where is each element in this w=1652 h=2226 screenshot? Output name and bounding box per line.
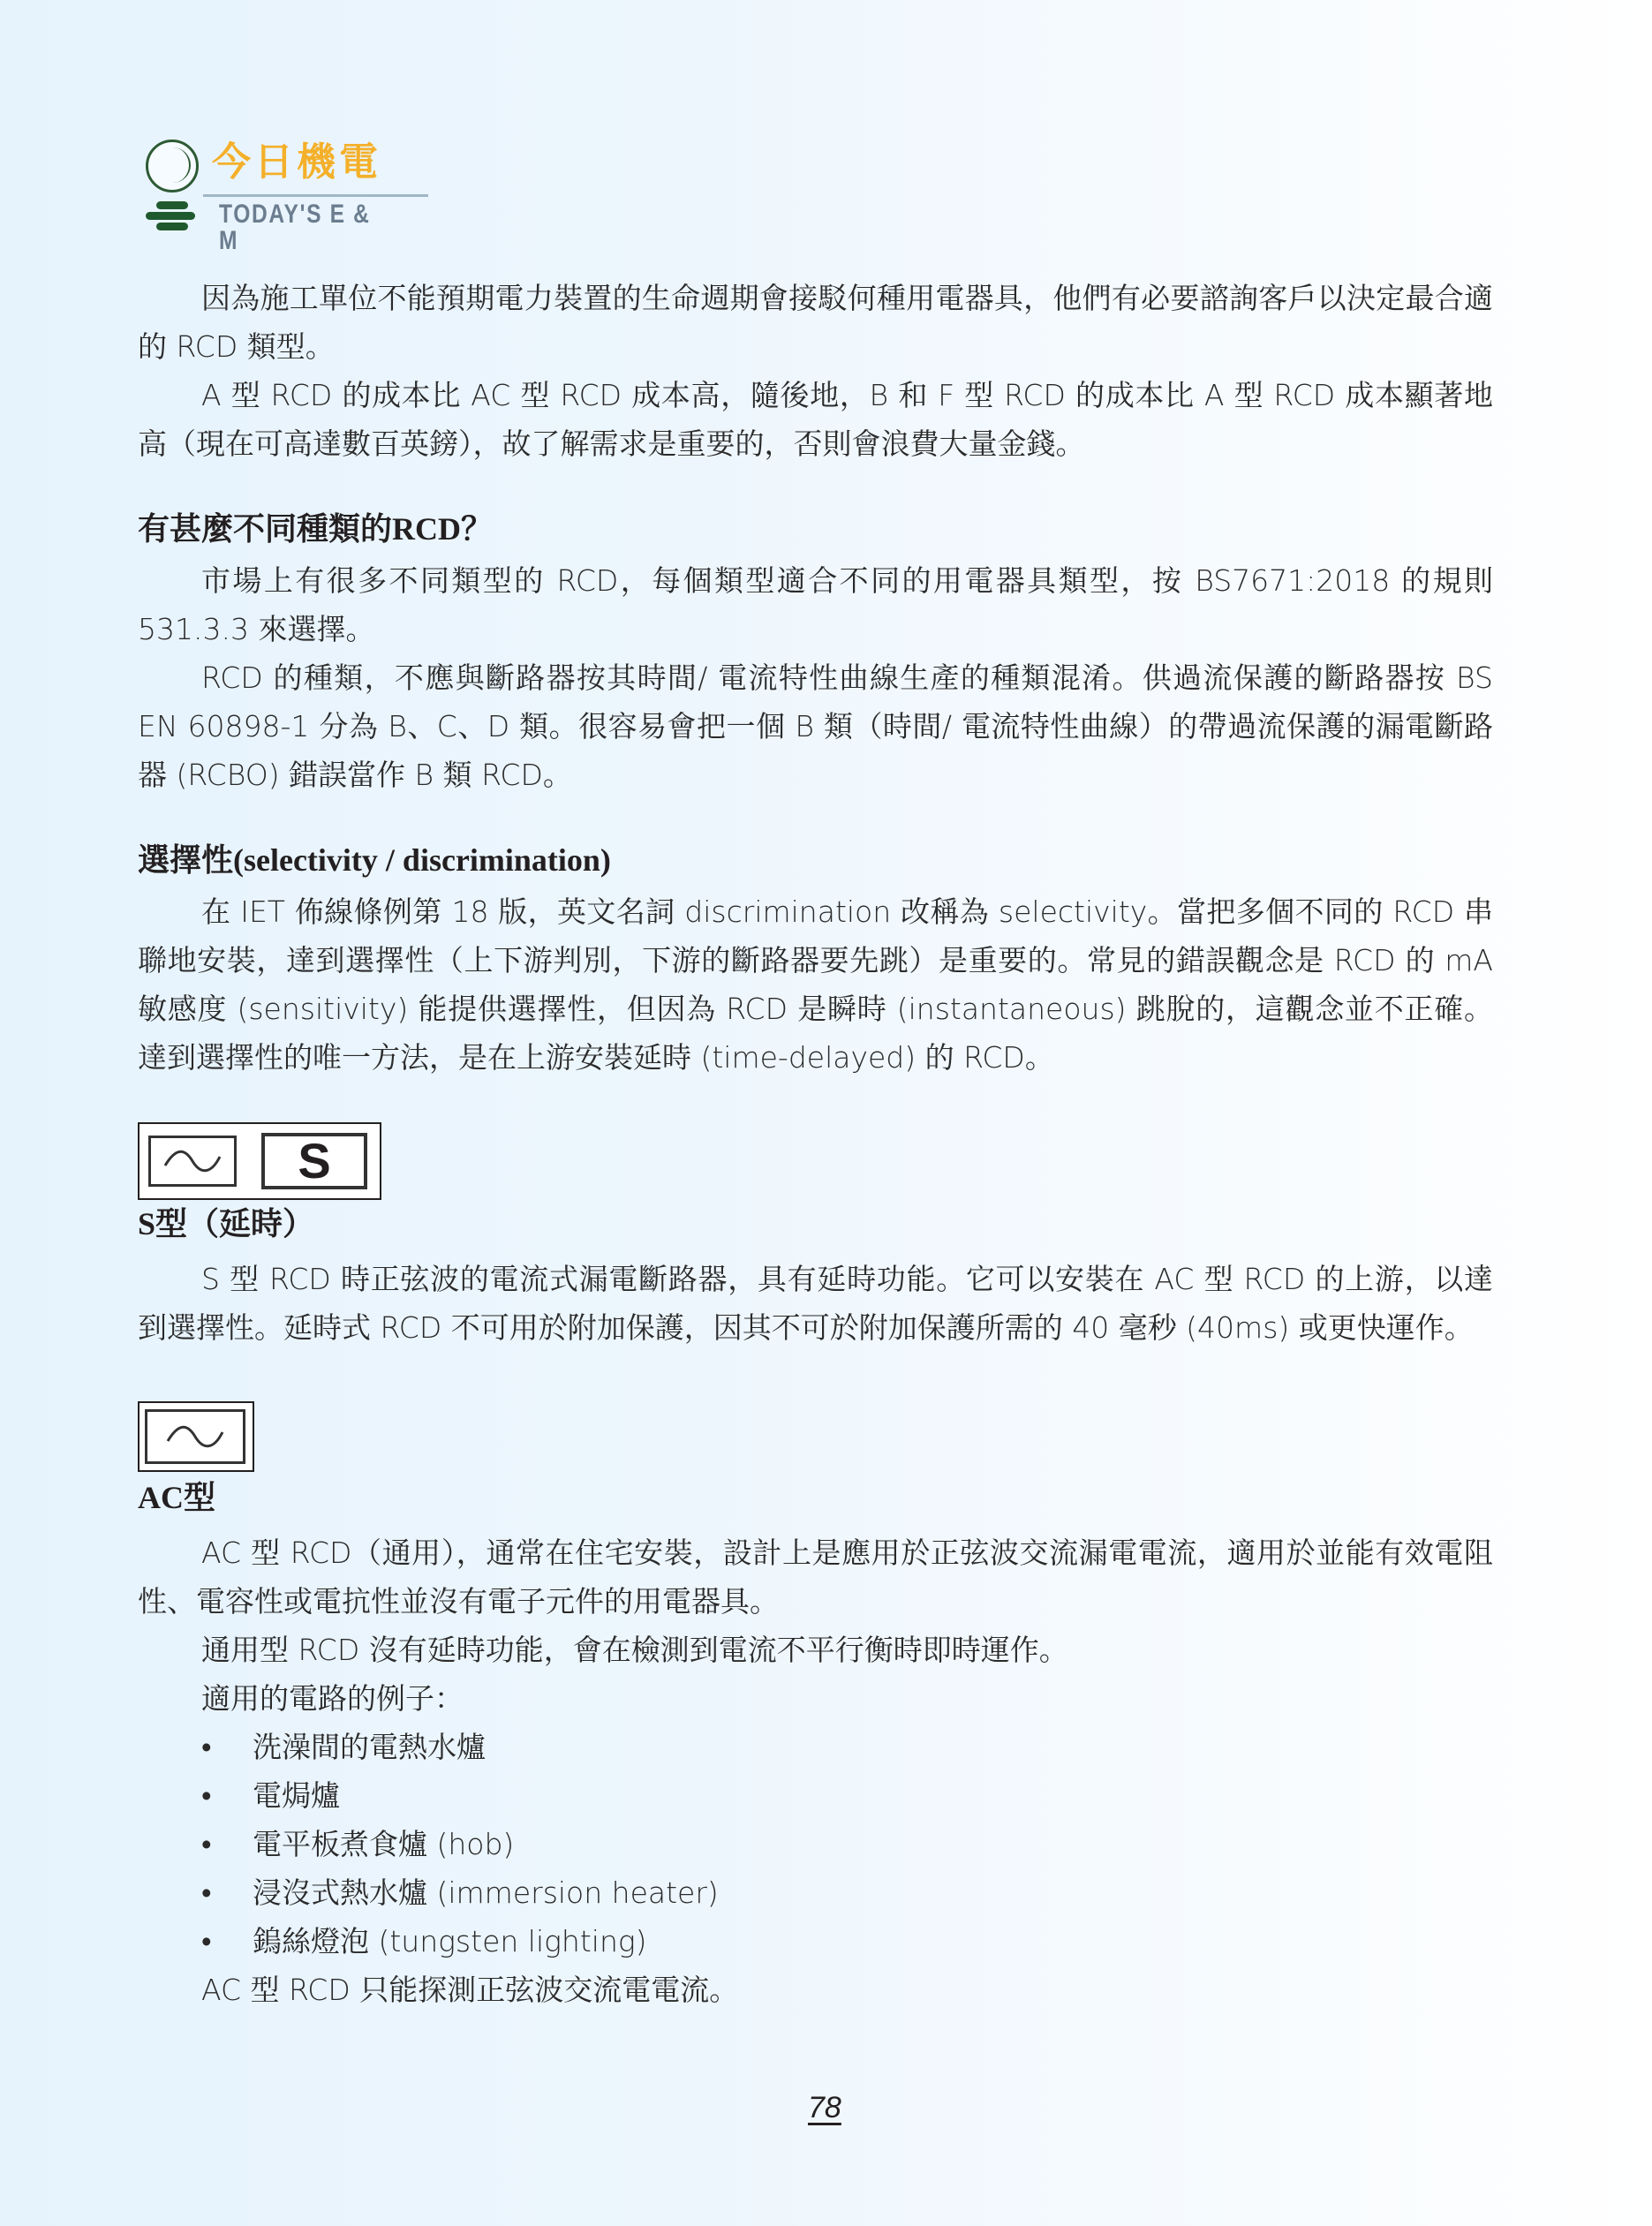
- section-heading: S型（延時）: [138, 1202, 1493, 1246]
- sine-wave-icon: [145, 1409, 245, 1464]
- paragraph: A 型 RCD 的成本比 AC 型 RCD 成本高，隨後地，B 和 F 型 RC…: [138, 371, 1493, 468]
- logo-divider: [203, 194, 428, 197]
- section-heading: 有甚麼不同種類的RCD？: [138, 507, 1493, 551]
- paragraph: 因為施工單位不能預期電力裝置的生命週期會接駁何種用電器具，他們有必要諮詢客戶以決…: [138, 274, 1493, 371]
- paragraph: AC 型 RCD 只能探測正弦波交流電電流。: [138, 1966, 1493, 2014]
- s-letter-icon: S: [261, 1133, 367, 1189]
- ac-type-symbol: [138, 1401, 254, 1472]
- examples-list: •洗澡間的電熱水爐 •電焗爐 •電平板煮食爐 (hob) •浸沒式熱水爐 (im…: [138, 1723, 1493, 1966]
- list-item: •電焗爐: [201, 1771, 1493, 1820]
- bullet-icon: •: [201, 1868, 253, 1917]
- bullet-icon: •: [201, 1723, 253, 1771]
- list-item: •電平板煮食爐 (hob): [201, 1820, 1493, 1868]
- bulb-base-bar: [156, 223, 188, 230]
- lightbulb-icon: [146, 140, 199, 192]
- logo-chinese-title: 今日機電: [212, 143, 381, 182]
- list-item: •浸沒式熱水爐 (immersion heater): [201, 1868, 1493, 1917]
- paragraph: 通用型 RCD 沒有延時功能，會在檢測到電流不平行衡時即時運作。: [138, 1626, 1493, 1674]
- sine-wave-icon: [148, 1136, 237, 1187]
- selectivity-section: 選擇性(selectivity / discrimination) 在 IET …: [138, 838, 1493, 1082]
- paragraph: AC 型 RCD（通用），通常在住宅安裝，設計上是應用於正弦波交流漏電電流，適用…: [138, 1528, 1493, 1626]
- paragraph: 適用的電路的例子：: [138, 1674, 1493, 1723]
- paragraph: 市場上有很多不同類型的 RCD，每個類型適合不同的用電器具類型，按 BS7671…: [138, 556, 1493, 653]
- bullet-icon: •: [201, 1917, 253, 1966]
- section-heading: AC型: [138, 1475, 1493, 1520]
- logo-english-title: TODAY'S E & M: [219, 201, 387, 254]
- paragraph: S 型 RCD 時正弦波的電流式漏電斷路器，具有延時功能。它可以安裝在 AC 型…: [138, 1255, 1493, 1352]
- page-number: 78: [808, 2091, 841, 2125]
- publication-logo: 今日機電 TODAY'S E & M: [141, 132, 424, 234]
- bulb-base-bar: [146, 212, 195, 220]
- paragraph: 在 IET 佈線條例第 18 版，英文名詞 discrimination 改稱為…: [138, 887, 1493, 1082]
- intro-section: 因為施工單位不能預期電力裝置的生命週期會接駁何種用電器具，他們有必要諮詢客戶以決…: [138, 274, 1493, 468]
- bullet-icon: •: [201, 1771, 253, 1820]
- rcd-types-section: 有甚麼不同種類的RCD？ 市場上有很多不同類型的 RCD，每個類型適合不同的用電…: [138, 507, 1493, 799]
- section-heading: 選擇性(selectivity / discrimination): [138, 838, 1493, 882]
- paragraph: RCD 的種類，不應與斷路器按其時間/ 電流特性曲線生產的種類混淆。供過流保護的…: [138, 653, 1493, 799]
- bulb-base-bar: [156, 201, 188, 209]
- s-type-section: S S型（延時） S 型 RCD 時正弦波的電流式漏電斷路器，具有延時功能。它可…: [138, 1122, 1493, 1352]
- list-item: •鎢絲燈泡 (tungsten lighting): [201, 1917, 1493, 1966]
- list-item: •洗澡間的電熱水爐: [201, 1723, 1493, 1771]
- s-type-symbol: S: [138, 1122, 381, 1200]
- ac-type-section: AC型 AC 型 RCD（通用），通常在住宅安裝，設計上是應用於正弦波交流漏電電…: [138, 1401, 1493, 2014]
- bullet-icon: •: [201, 1820, 253, 1868]
- article-body: 因為施工單位不能預期電力裝置的生命週期會接駁何種用電器具，他們有必要諮詢客戶以決…: [138, 274, 1493, 2014]
